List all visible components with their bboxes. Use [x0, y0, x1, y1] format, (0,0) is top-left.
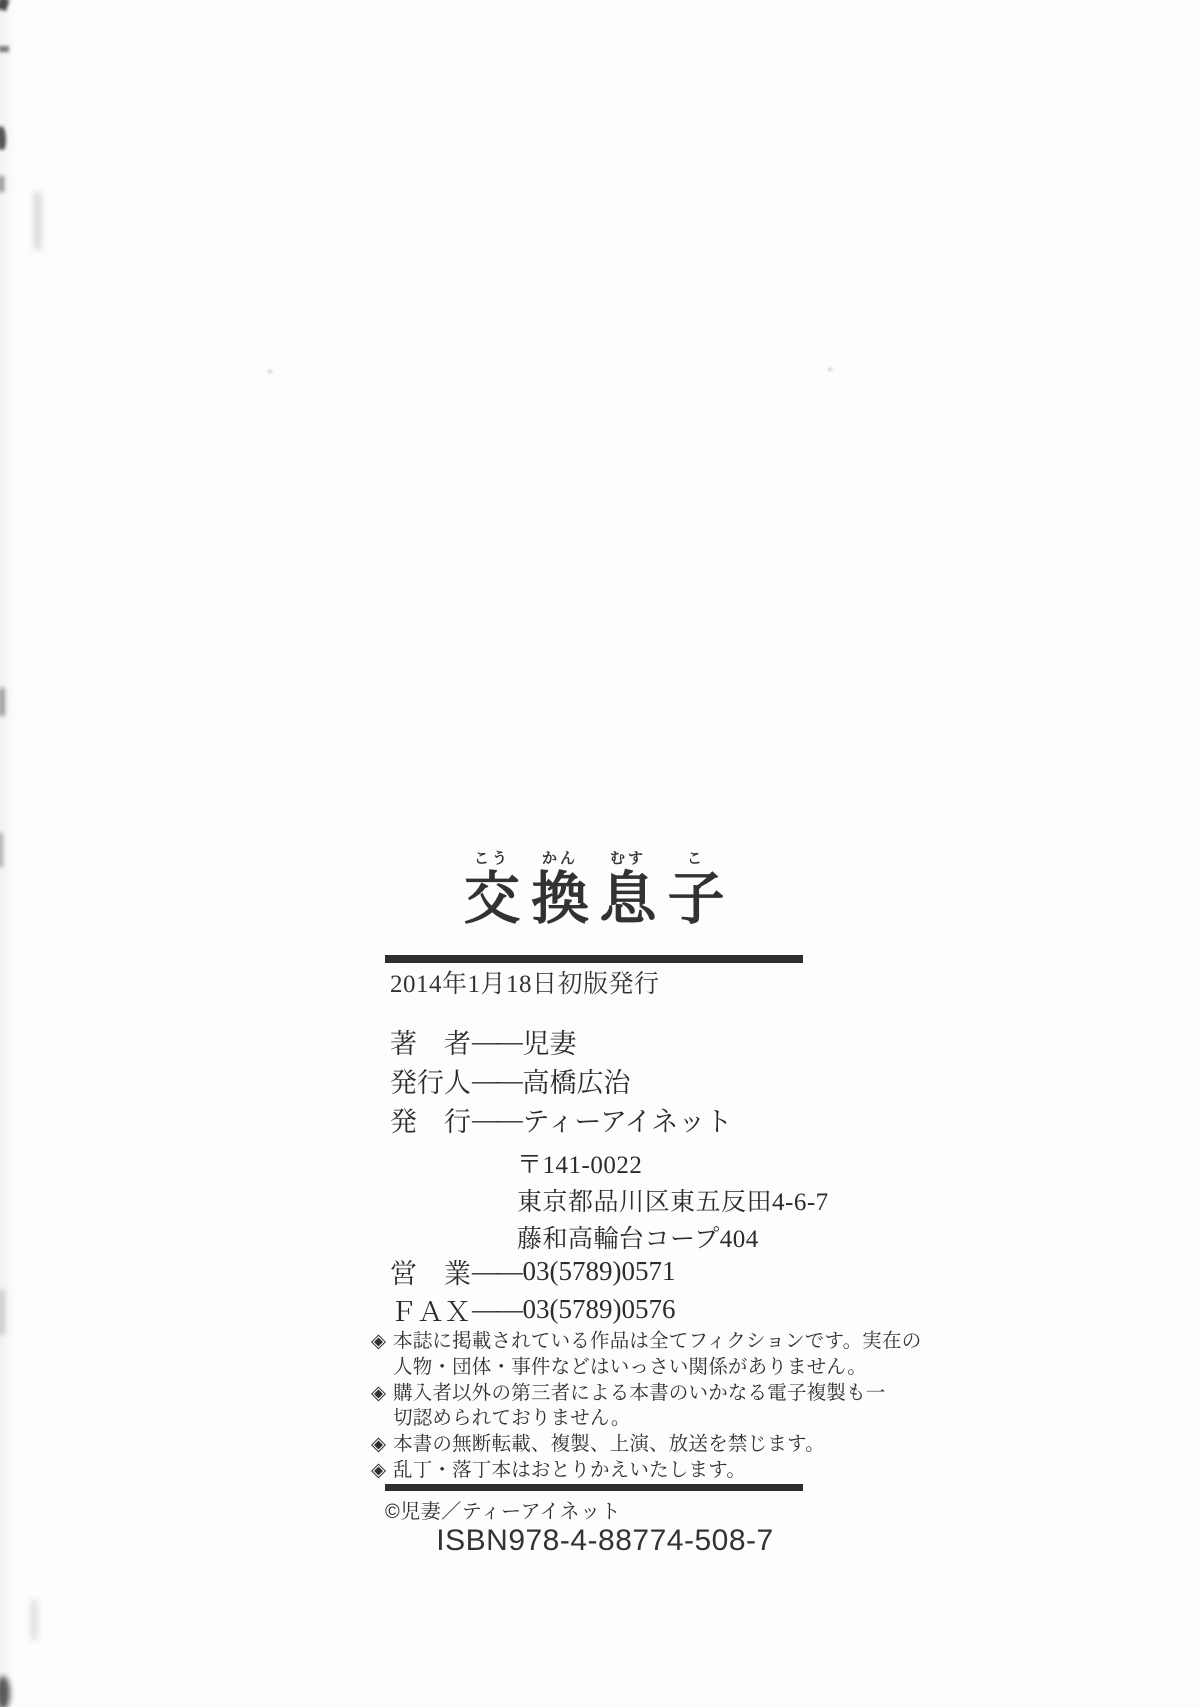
contact-value: 03(5789)0576	[523, 1294, 676, 1325]
book-title: こう 交 かん 換 むす 息 こ 子	[385, 852, 803, 928]
diamond-bullet-icon: ◈	[371, 1458, 393, 1484]
scan-edge-shadow	[0, 0, 16, 1707]
divider-rule-bottom	[385, 1484, 803, 1491]
divider-rule-top	[385, 955, 803, 963]
contacts-block: 営 業——03(5789)0571 ＦＡＸ——03(5789)0576	[390, 1252, 676, 1328]
credit-dash: ——	[472, 1104, 520, 1135]
title-char: 息	[600, 871, 657, 928]
credit-label: 発行人	[390, 1061, 471, 1100]
title-char-group: かん 換	[532, 852, 589, 928]
credit-value: ティーアイネット	[523, 1100, 733, 1139]
scan-artifact	[0, 1290, 4, 1335]
credit-value: 児妻	[523, 1022, 577, 1061]
scan-artifact	[0, 126, 6, 150]
scan-artifact	[0, 0, 10, 11]
title-char: 換	[532, 871, 589, 928]
credits-block: 著 者——児妻 発行人——高橋広治 発 行——ティーアイネット	[390, 1022, 732, 1139]
diamond-bullet-icon: ◈	[371, 1329, 393, 1355]
notice-line: ◈乱丁・落丁本はおとりかえいたします。	[371, 1458, 871, 1484]
edition-date: 2014年1月18日初版発行	[390, 964, 660, 1000]
furigana-text: こ	[687, 852, 705, 867]
credit-row-publisher: 発 行——ティーアイネット	[390, 1100, 732, 1139]
scan-artifact	[0, 833, 3, 867]
title-char: 子	[668, 871, 725, 928]
address-line1: 東京都品川区東五反田4-6-7	[517, 1181, 829, 1218]
scan-artifact	[0, 688, 5, 716]
contact-dash: ——	[472, 1256, 520, 1287]
diamond-bullet-icon: ◈	[371, 1432, 393, 1458]
furigana-text: こう	[474, 852, 510, 867]
postal-code: 〒141-0022	[517, 1144, 829, 1181]
notice-line: ◈購入者以外の第三者による本書のいかなる電子複製も一	[371, 1381, 871, 1407]
furigana-text: かん	[542, 852, 578, 867]
credit-row-publisher-person: 発行人——高橋広治	[390, 1061, 732, 1100]
scan-artifact	[0, 1676, 10, 1707]
credit-value: 高橋広治	[523, 1061, 631, 1100]
isbn-number: ISBN978-4-88774-508-7	[385, 1524, 825, 1558]
credit-dash: ——	[472, 1026, 520, 1057]
scan-artifact	[268, 370, 272, 373]
diamond-bullet-icon: ◈	[371, 1381, 393, 1407]
title-char-group: こう 交	[464, 852, 521, 928]
scan-artifact	[33, 192, 42, 250]
title-char-group: むす 息	[600, 852, 657, 928]
contact-dash: ——	[472, 1294, 520, 1325]
diamond-bullet-icon	[371, 1355, 393, 1381]
notice-line: 人物・団体・事件などはいっさい関係がありません。	[371, 1355, 871, 1381]
notice-line: ◈本書の無断転載、複製、上演、放送を禁じます。	[371, 1432, 871, 1458]
furigana-text: むす	[610, 852, 646, 867]
scan-artifact	[0, 176, 4, 192]
colophon-page: こう 交 かん 換 むす 息 こ 子 2014年1月18日初版発行 著 者——児…	[0, 0, 1200, 1707]
address-line2: 藤和高輪台コープ404	[517, 1218, 829, 1255]
credit-row-author: 著 者——児妻	[390, 1022, 732, 1061]
title-char: 交	[464, 871, 521, 928]
credit-dash: ——	[472, 1065, 520, 1096]
contact-label: 営 業	[390, 1252, 471, 1291]
scan-artifact	[30, 1600, 38, 1640]
scan-artifact	[828, 368, 832, 371]
notice-line: 切認められておりません。	[371, 1406, 871, 1432]
contact-value: 03(5789)0571	[523, 1256, 676, 1287]
credit-label: 著 者	[390, 1022, 471, 1061]
scan-artifact	[0, 46, 9, 52]
diamond-bullet-icon	[371, 1406, 393, 1432]
credit-label: 発 行	[390, 1100, 471, 1139]
notice-line: ◈本誌に掲載されている作品は全てフィクションです。実在の	[371, 1329, 871, 1355]
contact-label: ＦＡＸ	[390, 1290, 471, 1329]
legal-notices: ◈本誌に掲載されている作品は全てフィクションです。実在の 人物・団体・事件などは…	[371, 1329, 871, 1484]
copyright-line: ©児妻／ティーアイネット	[385, 1495, 621, 1524]
publisher-address: 〒141-0022 東京都品川区東五反田4-6-7 藤和高輪台コープ404	[517, 1144, 829, 1255]
title-char-group: こ 子	[668, 852, 725, 928]
contact-row-fax: ＦＡＸ——03(5789)0576	[390, 1290, 676, 1328]
contact-row-sales: 営 業——03(5789)0571	[390, 1252, 676, 1290]
